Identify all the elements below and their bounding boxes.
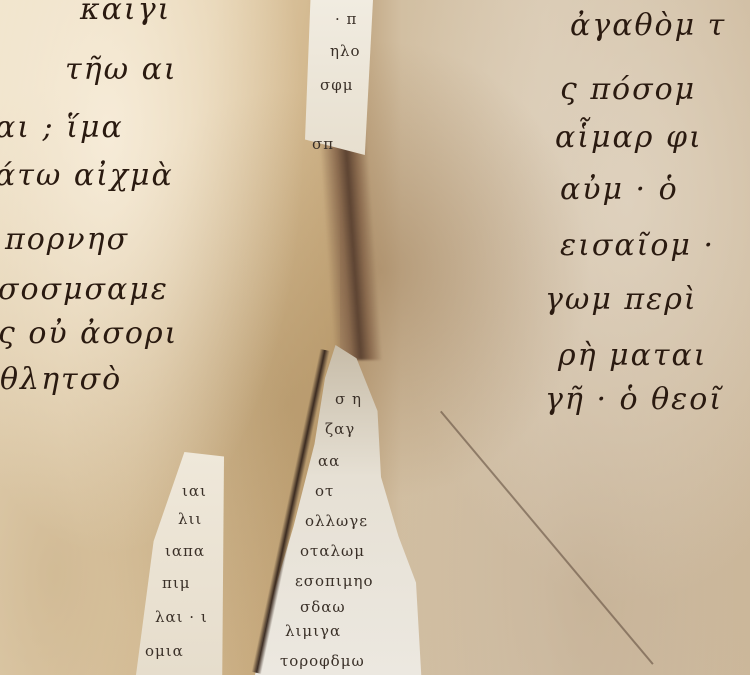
fragment-line: αα [318,452,340,470]
fragment-line: λιμιγα [285,622,341,640]
left-line: αι ; ἵμα [0,110,124,145]
fragment-line: τοροφδμω [280,652,365,670]
fragment-line: σφμ [320,76,354,94]
left-line: καιγι [80,0,171,27]
right-line: εισαῖομ · [560,228,715,263]
fragment-line: πιμ [162,574,191,592]
left-line: ς οὐ ἀσορι [0,316,178,351]
left-line: άτω αἰχμὰ [0,158,174,193]
fragment-line: ζαγ [325,420,355,438]
left-line: θλητσὸ [0,362,122,397]
manuscript-photo: καιγι τῆω αι αι ; ἵμα άτω αἰχμὰ πορνησ σ… [0,0,750,675]
fragment-line: · π [335,10,357,28]
fragment-line: σδαω [300,598,346,616]
fragment-line: ηλο [330,42,361,60]
right-line: αὐμ · ὁ [560,172,679,207]
right-line: ἀγαθὸμ τ [570,8,726,43]
fragment-line: λιι [178,510,202,528]
fragment-line: εσοπιμηο [295,572,374,590]
fragment-line: σ η [335,390,362,408]
fragment-line: ιαπα [165,542,205,560]
right-line: ς πόσομ [560,72,696,107]
right-line: γωμ περὶ [545,282,698,317]
right-line: ρὴ μαται [558,338,708,373]
left-line: πορνησ [5,222,129,257]
right-line: γῆ · ὁ θεοῖ [545,382,723,417]
fragment-line: ιαι [182,482,207,500]
right-line: αἷμαρ φι [555,120,703,155]
fragment-line: ολλωγε [305,512,368,530]
left-line: σοσμσαμε [0,272,169,307]
fragment-line: ομια [145,642,184,660]
left-line: τῆω αι [65,52,178,87]
fragment-line: οταλωμ [300,542,365,560]
fragment-line: οτ [315,482,334,500]
fragment-line: σπ [312,135,334,153]
fragment-line: λαι · ι [155,608,208,626]
